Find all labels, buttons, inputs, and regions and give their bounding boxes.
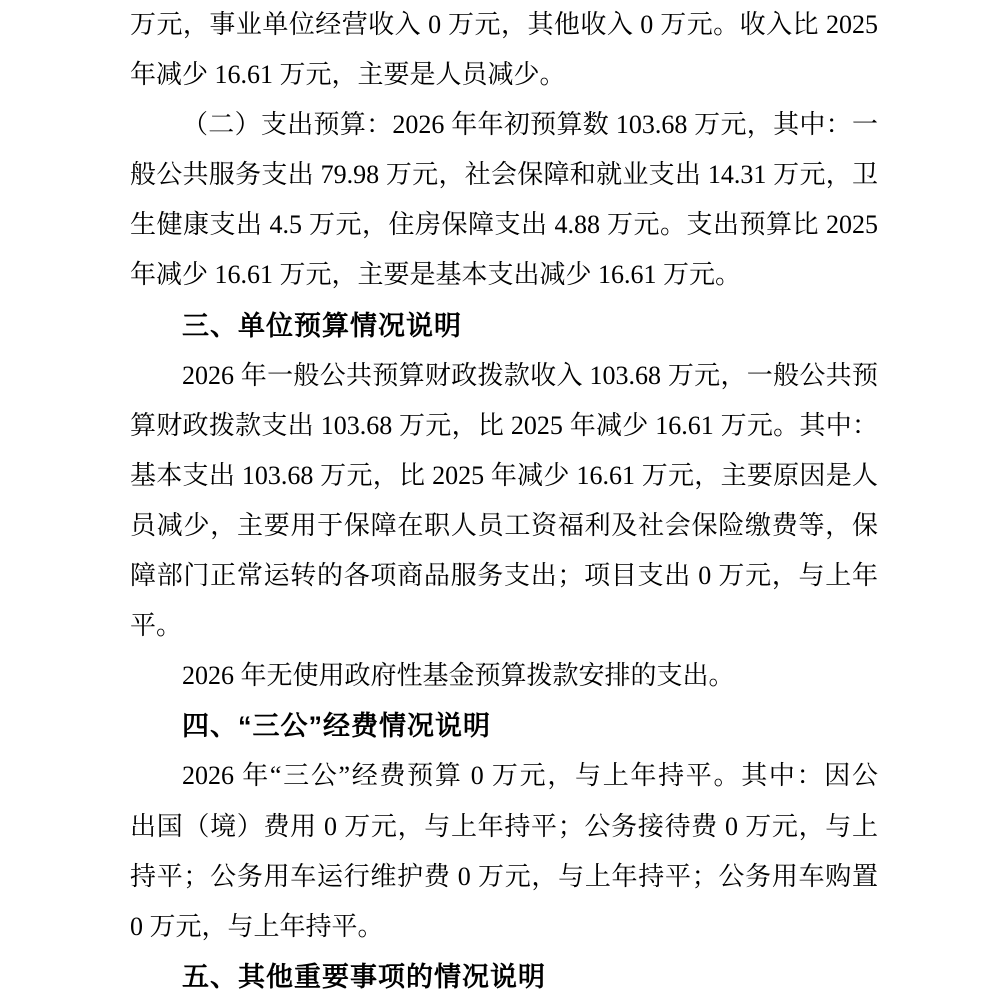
document-page: 万元，事业单位经营收入 0 万元，其他收入 0 万元。收入比 2025年减少 1… xyxy=(0,0,1000,1002)
section-heading: 五、其他重要事项的情况说明 xyxy=(130,952,878,1002)
text-line: 万元，事业单位经营收入 0 万元，其他收入 0 万元。收入比 2025 xyxy=(130,0,878,50)
text-line: 持平；公务用车运行维护费 0 万元，与上年持平；公务用车购置费 xyxy=(130,852,878,902)
text-line: 2026 年无使用政府性基金预算拨款安排的支出。 xyxy=(130,651,878,701)
text-line: 般公共服务支出 79.98 万元，社会保障和就业支出 14.31 万元，卫 xyxy=(130,150,878,200)
text-line: 生健康支出 4.5 万元，住房保障支出 4.88 万元。支出预算比 2025 xyxy=(130,200,878,250)
text-line: 障部门正常运转的各项商品服务支出；项目支出 0 万元，与上年持 xyxy=(130,551,878,601)
section-heading: 四、“三公”经费情况说明 xyxy=(130,701,878,751)
section-heading: 三、单位预算情况说明 xyxy=(130,301,878,351)
text-line: 年减少 16.61 万元，主要是人员减少。 xyxy=(130,50,878,100)
text-line: （二）支出预算：2026 年年初预算数 103.68 万元，其中：一 xyxy=(130,100,878,150)
text-line: 出国（境）费用 0 万元，与上年持平；公务接待费 0 万元，与上年 xyxy=(130,802,878,852)
text-line: 2026 年“三公”经费预算 0 万元，与上年持平。其中：因公 xyxy=(130,751,878,801)
text-line: 0 万元，与上年持平。 xyxy=(130,902,878,952)
text-line: 算财政拨款支出 103.68 万元，比 2025 年减少 16.61 万元。其中… xyxy=(130,401,878,451)
text-line: 基本支出 103.68 万元，比 2025 年减少 16.61 万元，主要原因是… xyxy=(130,451,878,501)
text-line: 2026 年一般公共预算财政拨款收入 103.68 万元，一般公共预 xyxy=(130,351,878,401)
text-line: 年减少 16.61 万元，主要是基本支出减少 16.61 万元。 xyxy=(130,250,878,300)
text-line: 员减少，主要用于保障在职人员工资福利及社会保险缴费等，保 xyxy=(130,501,878,551)
document-lines: 万元，事业单位经营收入 0 万元，其他收入 0 万元。收入比 2025年减少 1… xyxy=(130,0,878,1002)
text-line: 平。 xyxy=(130,601,878,651)
